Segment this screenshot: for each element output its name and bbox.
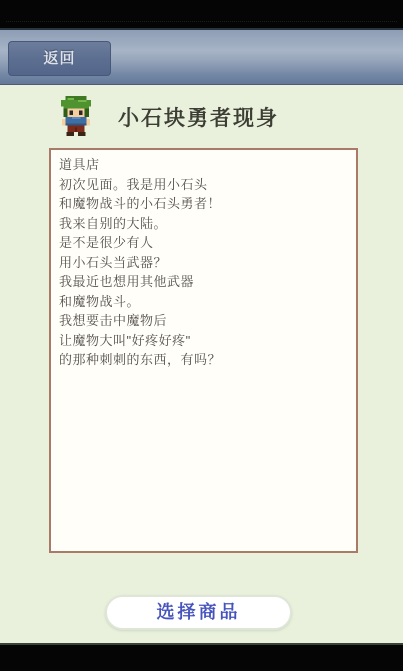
dialog-line: 我最近也想用其他武器: [59, 272, 348, 292]
select-goods-button[interactable]: 选择商品: [105, 595, 292, 630]
app-screen: 返回: [0, 0, 403, 671]
dialog-line: 的那种刺刺的东西，有吗？: [59, 350, 348, 370]
dialog-line: 是不是很少有人: [59, 233, 348, 253]
hero-sprite-icon: [58, 92, 94, 142]
navigation-bar: 返回: [0, 28, 403, 85]
status-bar-bottom: [0, 643, 403, 671]
dialog-line: 和魔物战斗。: [59, 292, 348, 312]
dialog-box: 道具店 初次见面。我是用小石头 和魔物战斗的小石头勇者！ 我来自别的大陆。 是不…: [49, 148, 358, 553]
dialog-line: 道具店: [59, 155, 348, 175]
dialog-line: 让魔物大叫"好疼好疼": [59, 331, 348, 351]
dialog-line: 初次见面。我是用小石头: [59, 175, 348, 195]
dialog-line: 用小石头当武器？: [59, 253, 348, 273]
dialog-line: 我来自别的大陆。: [59, 214, 348, 234]
npc-header-row: 小石块勇者现身: [0, 88, 403, 146]
npc-title: 小石块勇者现身: [118, 102, 279, 132]
status-bar-top: [0, 0, 403, 28]
dialog-line: 和魔物战斗的小石头勇者！: [59, 194, 348, 214]
dialog-line: 我想要击中魔物后: [59, 311, 348, 331]
back-button[interactable]: 返回: [8, 41, 111, 76]
